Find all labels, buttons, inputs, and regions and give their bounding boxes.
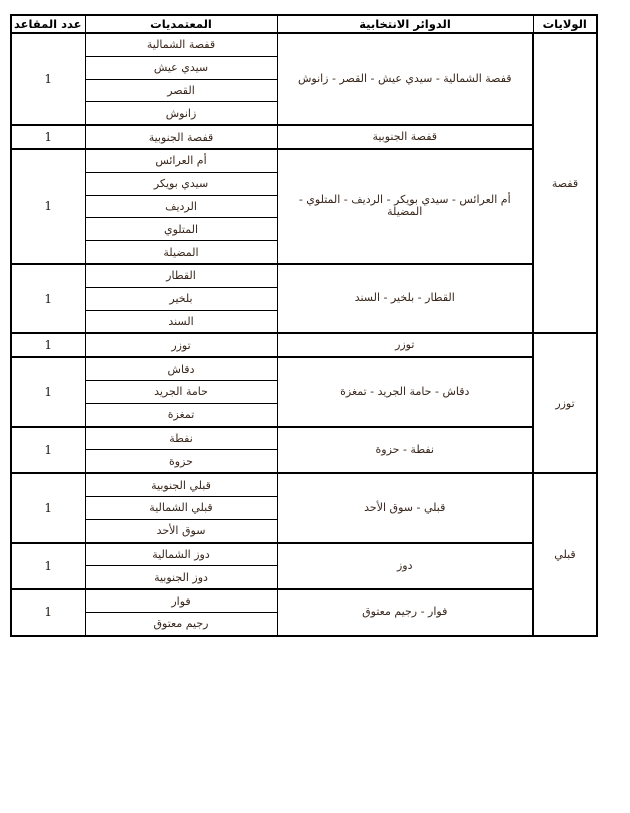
delegation-cell: دقاش bbox=[85, 357, 277, 380]
table-row: قفصة الجنوبيةقفصة الجنوبية1 bbox=[11, 125, 597, 149]
delegation-cell: القطار bbox=[85, 264, 277, 287]
table-row: القطار - بلخير - السندالقطار1 bbox=[11, 264, 597, 287]
district-cell: نفطة - حزوة bbox=[277, 427, 533, 474]
seats-cell: 1 bbox=[11, 427, 85, 474]
delegation-cell: قفصة الشمالية bbox=[85, 33, 277, 56]
table-row: نفطة - حزوةنفطة1 bbox=[11, 427, 597, 450]
col-header-seats: عدد المقاعد bbox=[11, 15, 85, 33]
delegation-cell: الرديف bbox=[85, 195, 277, 218]
delegation-cell: حزوة bbox=[85, 450, 277, 473]
delegation-cell: قبلي الجنوبية bbox=[85, 473, 277, 496]
seats-cell: 1 bbox=[11, 543, 85, 590]
header-row: الولايات الدوائر الانتخابية المعتمديات ع… bbox=[11, 15, 597, 33]
delegation-cell: توزر bbox=[85, 333, 277, 357]
table-row: أم العرائس - سيدي بويكر - الرديف - المتل… bbox=[11, 149, 597, 172]
table-row: قبليقبلي - سوق الأحدقبلي الجنوبية1 bbox=[11, 473, 597, 496]
district-cell: القطار - بلخير - السند bbox=[277, 264, 533, 333]
seats-cell: 1 bbox=[11, 33, 85, 125]
table-row: فوار - رجيم معتوقفوار1 bbox=[11, 589, 597, 612]
delegation-cell: دوز الشمالية bbox=[85, 543, 277, 566]
delegation-cell: سوق الأحد bbox=[85, 519, 277, 542]
delegation-cell: فوار bbox=[85, 589, 277, 612]
table-row: دوزدوز الشمالية1 bbox=[11, 543, 597, 566]
seats-cell: 1 bbox=[11, 357, 85, 426]
district-cell: دوز bbox=[277, 543, 533, 590]
governorate-cell: قفصة bbox=[533, 33, 597, 333]
delegation-cell: بلخير bbox=[85, 287, 277, 310]
governorate-cell: توزر bbox=[533, 333, 597, 473]
delegation-cell: سيدي عيش bbox=[85, 56, 277, 79]
district-cell: دقاش - حامة الجريد - تمغزة bbox=[277, 357, 533, 426]
district-cell: فوار - رجيم معتوق bbox=[277, 589, 533, 636]
col-header-districts: الدوائر الانتخابية bbox=[277, 15, 533, 33]
governorate-cell: قبلي bbox=[533, 473, 597, 636]
district-cell: توزر bbox=[277, 333, 533, 357]
seats-cell: 1 bbox=[11, 473, 85, 542]
seats-cell: 1 bbox=[11, 589, 85, 636]
delegation-cell: قفصة الجنوبية bbox=[85, 125, 277, 149]
delegation-cell: سيدي بويكر bbox=[85, 172, 277, 195]
delegation-cell: رجيم معتوق bbox=[85, 612, 277, 635]
seats-cell: 1 bbox=[11, 125, 85, 149]
table-row: توزرتوزرتوزر1 bbox=[11, 333, 597, 357]
delegation-cell: نفطة bbox=[85, 427, 277, 450]
delegation-cell: قبلي الشمالية bbox=[85, 496, 277, 519]
delegation-cell: تمغزة bbox=[85, 403, 277, 426]
delegation-cell: حامة الجريد bbox=[85, 380, 277, 403]
seats-cell: 1 bbox=[11, 149, 85, 264]
delegation-cell: أم العرائس bbox=[85, 149, 277, 172]
table-body: قفصةقفصة الشمالية - سيدي عيش - القصر - ز… bbox=[11, 33, 597, 636]
document-page: الولايات الدوائر الانتخابية المعتمديات ع… bbox=[0, 0, 630, 813]
delegation-cell: السند bbox=[85, 310, 277, 333]
district-cell: قفصة الشمالية - سيدي عيش - القصر - زانوش bbox=[277, 33, 533, 125]
col-header-delegations: المعتمديات bbox=[85, 15, 277, 33]
col-header-governorates: الولايات bbox=[533, 15, 597, 33]
table-row: دقاش - حامة الجريد - تمغزةدقاش1 bbox=[11, 357, 597, 380]
delegation-cell: المتلوي bbox=[85, 218, 277, 241]
district-cell: أم العرائس - سيدي بويكر - الرديف - المتل… bbox=[277, 149, 533, 264]
district-cell: قبلي - سوق الأحد bbox=[277, 473, 533, 542]
seats-cell: 1 bbox=[11, 333, 85, 357]
delegation-cell: دوز الجنوبية bbox=[85, 566, 277, 589]
district-cell: قفصة الجنوبية bbox=[277, 125, 533, 149]
table-row: قفصةقفصة الشمالية - سيدي عيش - القصر - ز… bbox=[11, 33, 597, 56]
electoral-districts-table: الولايات الدوائر الانتخابية المعتمديات ع… bbox=[10, 14, 598, 637]
delegation-cell: المضيلة bbox=[85, 241, 277, 264]
delegation-cell: زانوش bbox=[85, 102, 277, 125]
seats-cell: 1 bbox=[11, 264, 85, 333]
delegation-cell: القصر bbox=[85, 79, 277, 102]
